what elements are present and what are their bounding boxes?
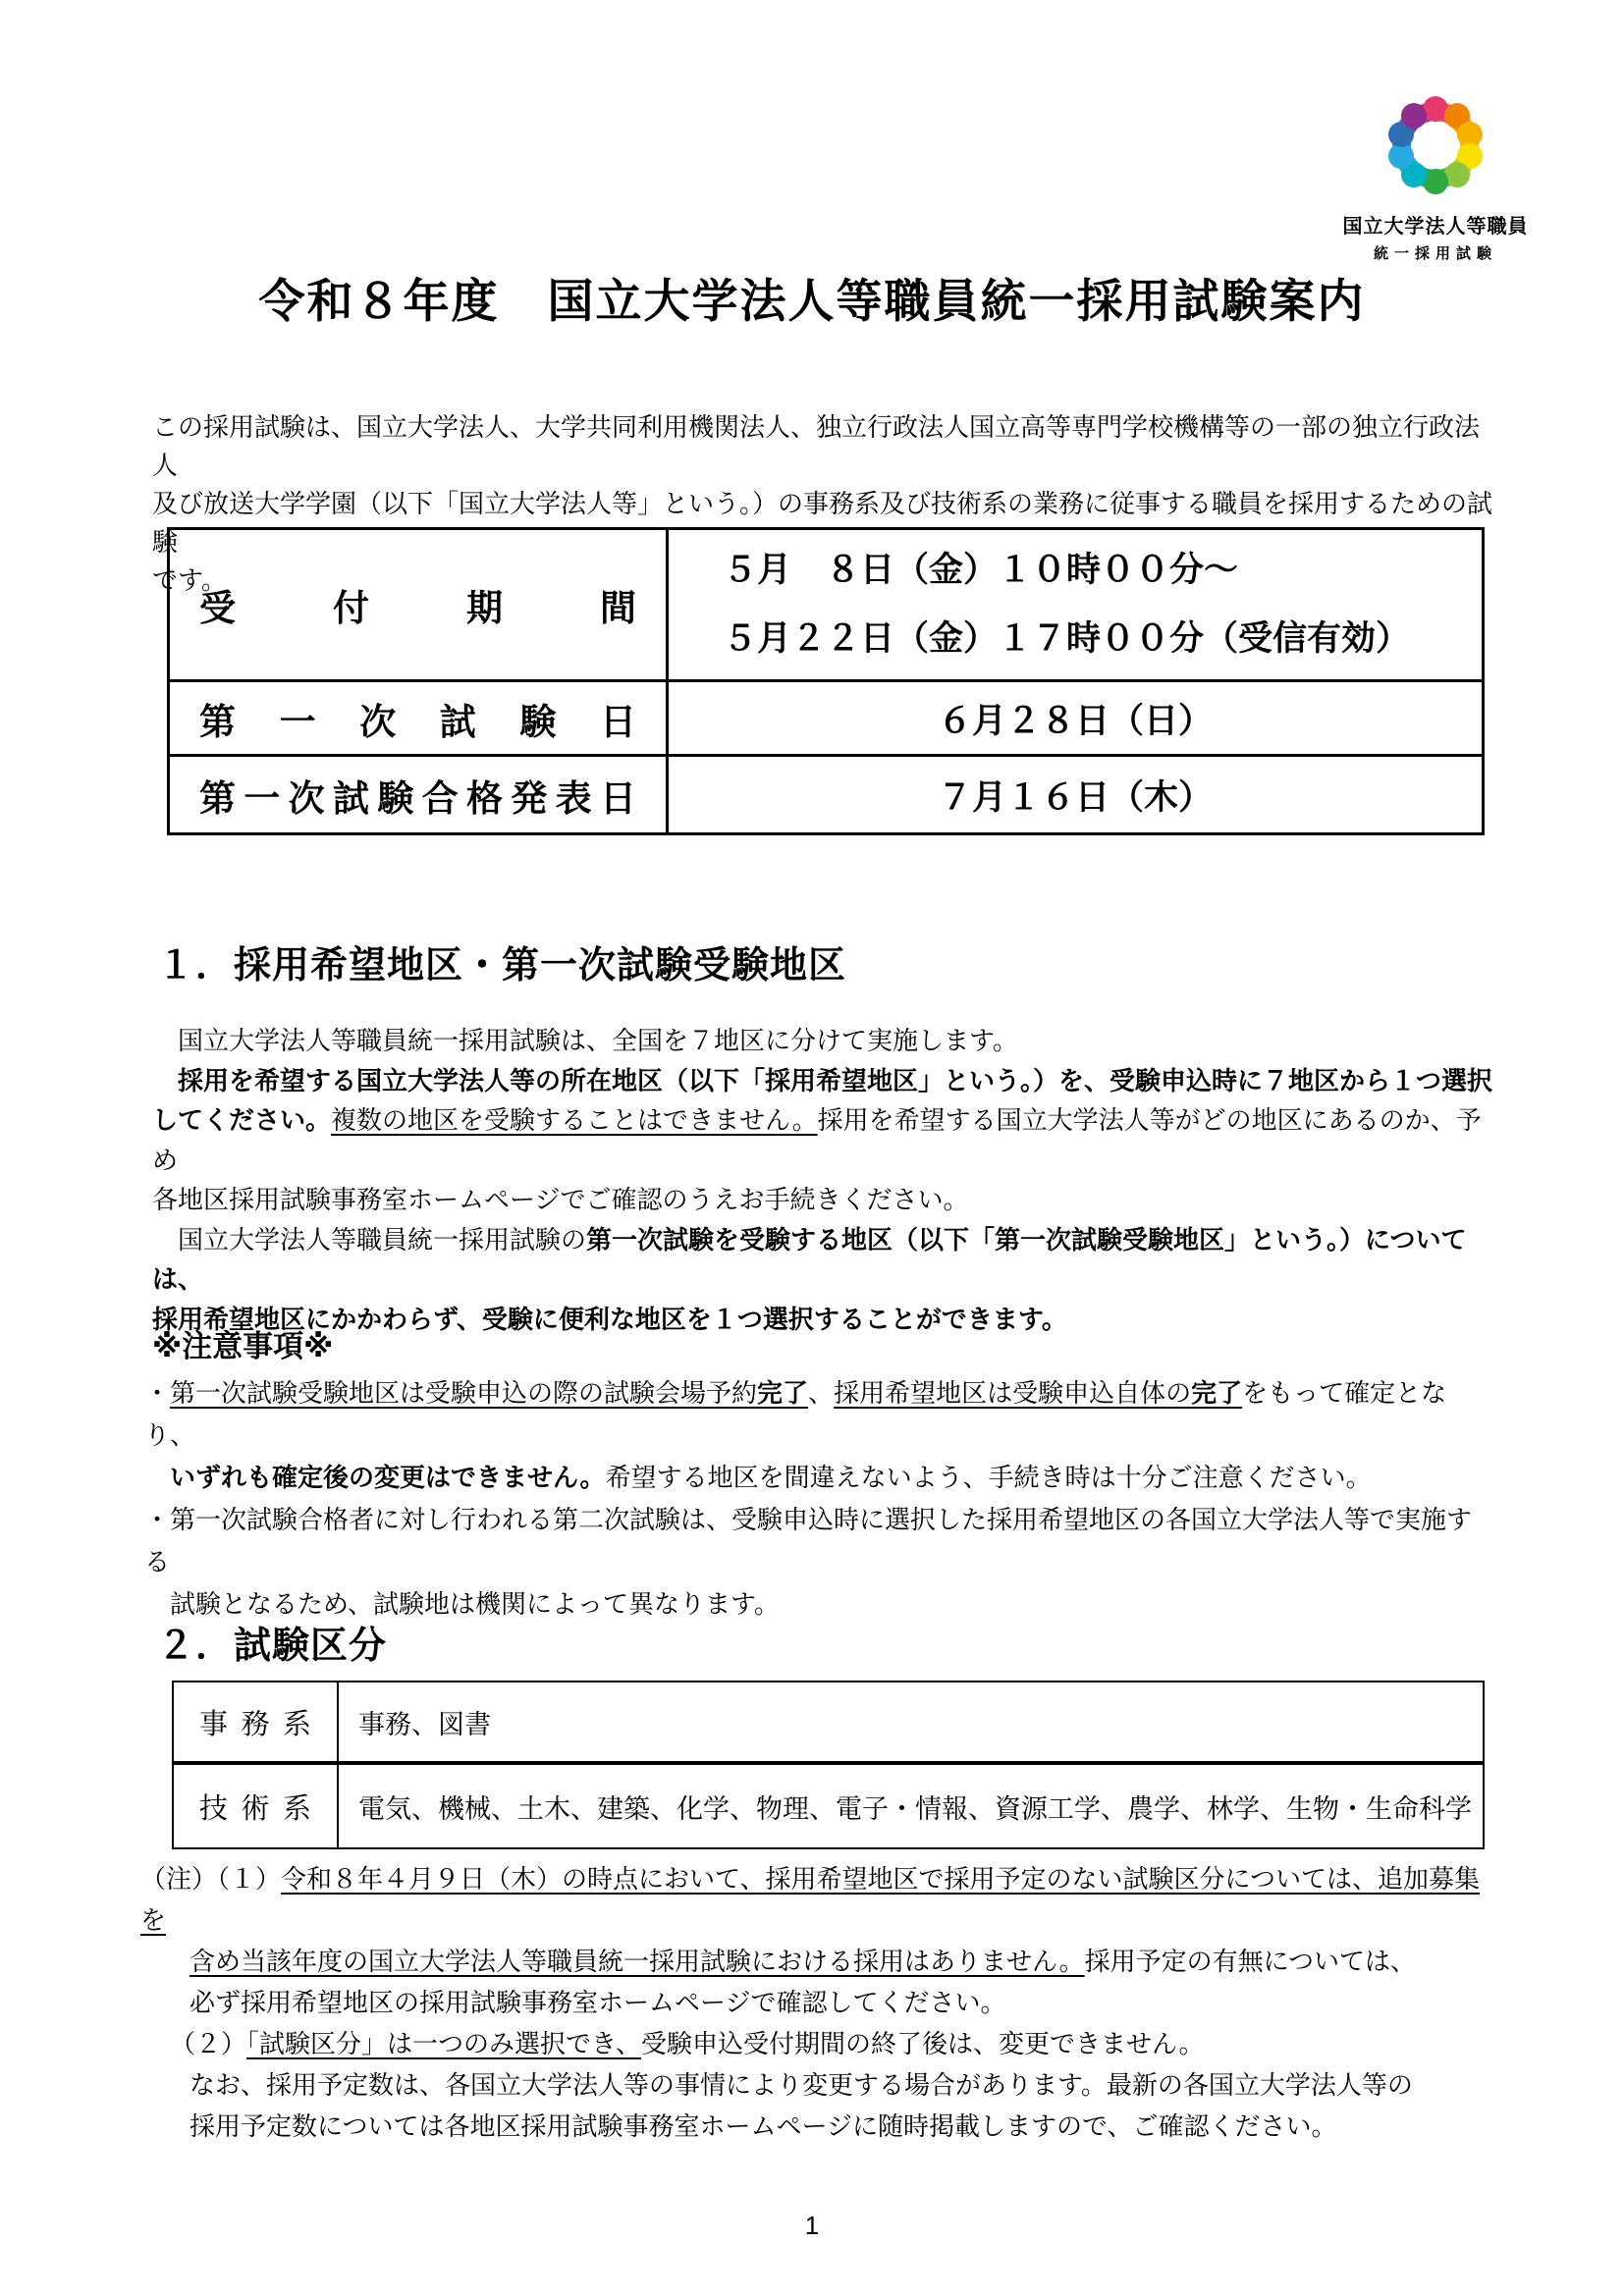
note-line: 必ず採用希望地区の採用試験事務室ホームページで確認してください。 bbox=[140, 1982, 1500, 2023]
notes-block: （注）（１）令和８年４月９日（木）の時点において、採用希望地区で採用予定のない試… bbox=[140, 1858, 1500, 2147]
row-label-text: 事務系 bbox=[174, 1702, 337, 1742]
label-char: 格 bbox=[466, 769, 503, 822]
text-segment: 希望する地区を間違えないよう、手続き時は十分ご注意ください。 bbox=[606, 1463, 1372, 1492]
intro-line: この採用試験は、国立大学法人、大学共同利用機関法人、独立行政法人国立高等専門学校… bbox=[152, 408, 1492, 485]
application-period-line1: ５月 ８日（金）１０時００分～ bbox=[723, 536, 1238, 605]
schedule-row-application-period: 受付期間 ５月 ８日（金）１０時００分～ ５月２２日（金）１７時００分（受信有効… bbox=[170, 530, 1482, 679]
first-exam-date: ６月２８日（日） bbox=[938, 694, 1213, 743]
label-char: 受 bbox=[199, 578, 236, 631]
text-segment: ・第一次試験合格者に対し行われる第二次試験は、受験申込時に選択した採用希望地区の… bbox=[144, 1505, 1472, 1576]
note-line: 採用予定数については各地区採用試験事務室ホームページに随時掲載しますので、ご確認… bbox=[140, 2106, 1500, 2147]
notice-line: ・第一次試験合格者に対し行われる第二次試験は、受験申込時に選択した採用希望地区の… bbox=[144, 1499, 1494, 1583]
text-segment: 採用希望地区は受験申込自体の bbox=[834, 1378, 1191, 1408]
label-char: 験 bbox=[377, 769, 413, 822]
text-segment: 各地区採用試験事務室ホームページでご確認のうえお手続きください。 bbox=[152, 1185, 968, 1214]
text-segment: いずれも確定後の変更はできません。 bbox=[170, 1463, 606, 1492]
category-row-administrative: 事務系 事務、図書 bbox=[174, 1682, 1483, 1761]
logo-caption-line1: 国立大学法人等職員 bbox=[1327, 210, 1543, 239]
label-char: 験 bbox=[519, 692, 556, 745]
label-char: 発 bbox=[511, 769, 547, 822]
text-segment: 採用を希望する国立大学法人等の所在地区（以下「採用希望地区」という。）を、受験申… bbox=[152, 1066, 1492, 1095]
text-segment: （注）（１） bbox=[140, 1864, 281, 1894]
page-number: 1 bbox=[0, 2211, 1624, 2241]
paragraph-line: してください。複数の地区を受験することはできません。採用を希望する国立大学法人等… bbox=[152, 1100, 1497, 1180]
label-char: 務 bbox=[241, 1702, 269, 1742]
label-char: 一 bbox=[244, 769, 280, 822]
text-segment: 採用予定の有無については、 bbox=[1085, 1947, 1416, 1976]
section1-heading: １．採用希望地区・第一次試験受験地区 bbox=[157, 934, 846, 988]
label-char: 一 bbox=[280, 692, 316, 745]
row-value: ６月２８日（日） bbox=[669, 682, 1482, 754]
note-line: なお、採用予定数は、各国立大学法人等の事情により変更する場合があります。最新の各… bbox=[140, 2064, 1500, 2106]
row-label: 事務系 bbox=[174, 1682, 339, 1761]
text-segment: ・ bbox=[144, 1378, 170, 1408]
categories-table: 事務系 事務、図書 技術系 電気、機械、土木、建築、化学、物理、電子・情報、資源… bbox=[172, 1681, 1485, 1849]
schedule-table: 受付期間 ５月 ８日（金）１０時００分～ ５月２２日（金）１７時００分（受信有効… bbox=[167, 527, 1485, 835]
label-char: 表 bbox=[556, 769, 592, 822]
text-segment: 令和８年４月９日（木）の時点において、採用希望地区で採用予定のない試験区分につい… bbox=[140, 1864, 1480, 1935]
label-char: 術 bbox=[241, 1787, 269, 1827]
text-segment: してください。 bbox=[152, 1105, 331, 1135]
text-segment: 「試験区分」は一つのみ選択でき、 bbox=[246, 2029, 641, 2058]
row-value: ７月１６日（木） bbox=[669, 757, 1482, 832]
row-label: 第一次試験日 bbox=[170, 682, 669, 754]
text-segment: 第一次試験受験地区は受験申込の際の試験会場予約 bbox=[170, 1378, 757, 1408]
schedule-row-first-exam-date: 第一次試験日 ６月２８日（日） bbox=[170, 679, 1482, 754]
paragraph-line: 採用を希望する国立大学法人等の所在地区（以下「採用希望地区」という。）を、受験申… bbox=[152, 1061, 1497, 1101]
section1-paragraph: 国立大学法人等職員統一採用試験は、全国を７地区に分けて実施します。 採用を希望す… bbox=[152, 1021, 1497, 1339]
label-char: 系 bbox=[283, 1787, 311, 1827]
row-value: 事務、図書 bbox=[339, 1682, 1483, 1761]
text-segment: 完了 bbox=[1191, 1378, 1242, 1408]
text-segment: 、 bbox=[808, 1378, 834, 1408]
label-char: 間 bbox=[600, 578, 636, 631]
notice-heading: ※注意事項※ bbox=[152, 1321, 333, 1365]
label-char: 付 bbox=[333, 578, 369, 631]
category-row-technical: 技術系 電気、機械、土木、建築、化学、物理、電子・情報、資源工学、農学、林学、生… bbox=[174, 1761, 1483, 1847]
text-segment: （２） bbox=[170, 2029, 246, 2058]
text-segment: 受験申込受付期間の終了後は、変更できません。 bbox=[641, 2029, 1205, 2058]
row-label-text: 第一次試験日 bbox=[170, 692, 666, 745]
logo-ring-icon bbox=[1384, 94, 1487, 196]
row-label-text: 受付期間 bbox=[170, 578, 666, 631]
label-char: 次 bbox=[289, 769, 325, 822]
row-label-text: 第一次試験合格発表日 bbox=[170, 769, 666, 822]
row-label: 受付期間 bbox=[170, 530, 669, 679]
paragraph-line: 各地区採用試験事務室ホームページでご確認のうえお手続きください。 bbox=[152, 1180, 1497, 1220]
label-char: 事 bbox=[199, 1702, 228, 1742]
label-char: 試 bbox=[333, 769, 369, 822]
document-page: 国立大学法人等職員 統一採用試験 令和８年度 国立大学法人等職員統一採用試験案内… bbox=[0, 0, 1624, 2296]
paragraph-line: 採用希望地区にかかわらず、受験に便利な地区を１つ選択することができます。 bbox=[152, 1300, 1497, 1340]
notice-line: いずれも確定後の変更はできません。希望する地区を間違えないよう、手続き時は十分ご… bbox=[144, 1457, 1494, 1499]
application-period-line2: ５月２２日（金）１７時００分（受信有効） bbox=[723, 605, 1410, 673]
label-char: 系 bbox=[283, 1702, 311, 1742]
janu-logo: 国立大学法人等職員 統一採用試験 bbox=[1327, 94, 1543, 263]
notice-list: ・第一次試験受験地区は受験申込の際の試験会場予約完了、採用希望地区は受験申込自体… bbox=[144, 1372, 1494, 1626]
row-value: 電気、機械、土木、建築、化学、物理、電子・情報、資源工学、農学、林学、生物・生命… bbox=[339, 1765, 1483, 1847]
text-segment: 含め当該年度の国立大学法人等職員統一採用試験における採用はありません。 bbox=[189, 1947, 1085, 1976]
paragraph-line: 国立大学法人等職員統一採用試験の第一次試験を受験する地区（以下「第一次試験受験地… bbox=[152, 1220, 1497, 1300]
label-char: 技 bbox=[199, 1787, 228, 1827]
label-char: 合 bbox=[422, 769, 459, 822]
note-line: 含め当該年度の国立大学法人等職員統一採用試験における採用はありません。採用予定の… bbox=[140, 1941, 1500, 1982]
text-segment: 必ず採用希望地区の採用試験事務室ホームページで確認してください。 bbox=[189, 1988, 1005, 2017]
row-label: 第一次試験合格発表日 bbox=[170, 757, 669, 832]
row-value: ５月 ８日（金）１０時００分～ ５月２２日（金）１７時００分（受信有効） bbox=[669, 530, 1482, 679]
label-char: 日 bbox=[600, 692, 636, 745]
label-char: 第 bbox=[199, 769, 236, 822]
label-char: 期 bbox=[466, 578, 503, 631]
label-char: 次 bbox=[359, 692, 396, 745]
paragraph-line: 国立大学法人等職員統一採用試験は、全国を７地区に分けて実施します。 bbox=[152, 1021, 1497, 1061]
notice-line: ・第一次試験受験地区は受験申込の際の試験会場予約完了、採用希望地区は受験申込自体… bbox=[144, 1372, 1494, 1457]
results-date: ７月１６日（木） bbox=[938, 771, 1213, 820]
logo-caption-line2: 統一採用試験 bbox=[1327, 242, 1543, 263]
label-char: 日 bbox=[600, 769, 636, 822]
text-segment: 複数の地区を受験することはできません。 bbox=[331, 1105, 818, 1135]
text-segment: 国立大学法人等職員統一採用試験の bbox=[152, 1225, 586, 1255]
row-label: 技術系 bbox=[174, 1765, 339, 1847]
note-line: （２）「試験区分」は一つのみ選択でき、受験申込受付期間の終了後は、変更できません… bbox=[140, 2023, 1500, 2064]
label-char: 試 bbox=[440, 692, 476, 745]
schedule-row-results-date: 第一次試験合格発表日 ７月１６日（木） bbox=[170, 754, 1482, 832]
row-label-text: 技術系 bbox=[174, 1787, 337, 1827]
text-segment: 国立大学法人等職員統一採用試験は、全国を７地区に分けて実施します。 bbox=[152, 1026, 1018, 1055]
section2-heading: ２．試験区分 bbox=[157, 1615, 387, 1669]
text-segment: 採用予定数については各地区採用試験事務室ホームページに随時掲載しますので、ご確認… bbox=[189, 2111, 1336, 2141]
text-segment: なお、採用予定数は、各国立大学法人等の事情により変更する場合があります。最新の各… bbox=[189, 2070, 1413, 2100]
document-title: 令和８年度 国立大学法人等職員統一採用試験案内 bbox=[0, 265, 1624, 331]
text-segment: 完了 bbox=[757, 1378, 808, 1408]
label-char: 第 bbox=[199, 692, 236, 745]
note-line: （注）（１）令和８年４月９日（木）の時点において、採用希望地区で採用予定のない試… bbox=[140, 1858, 1500, 1941]
